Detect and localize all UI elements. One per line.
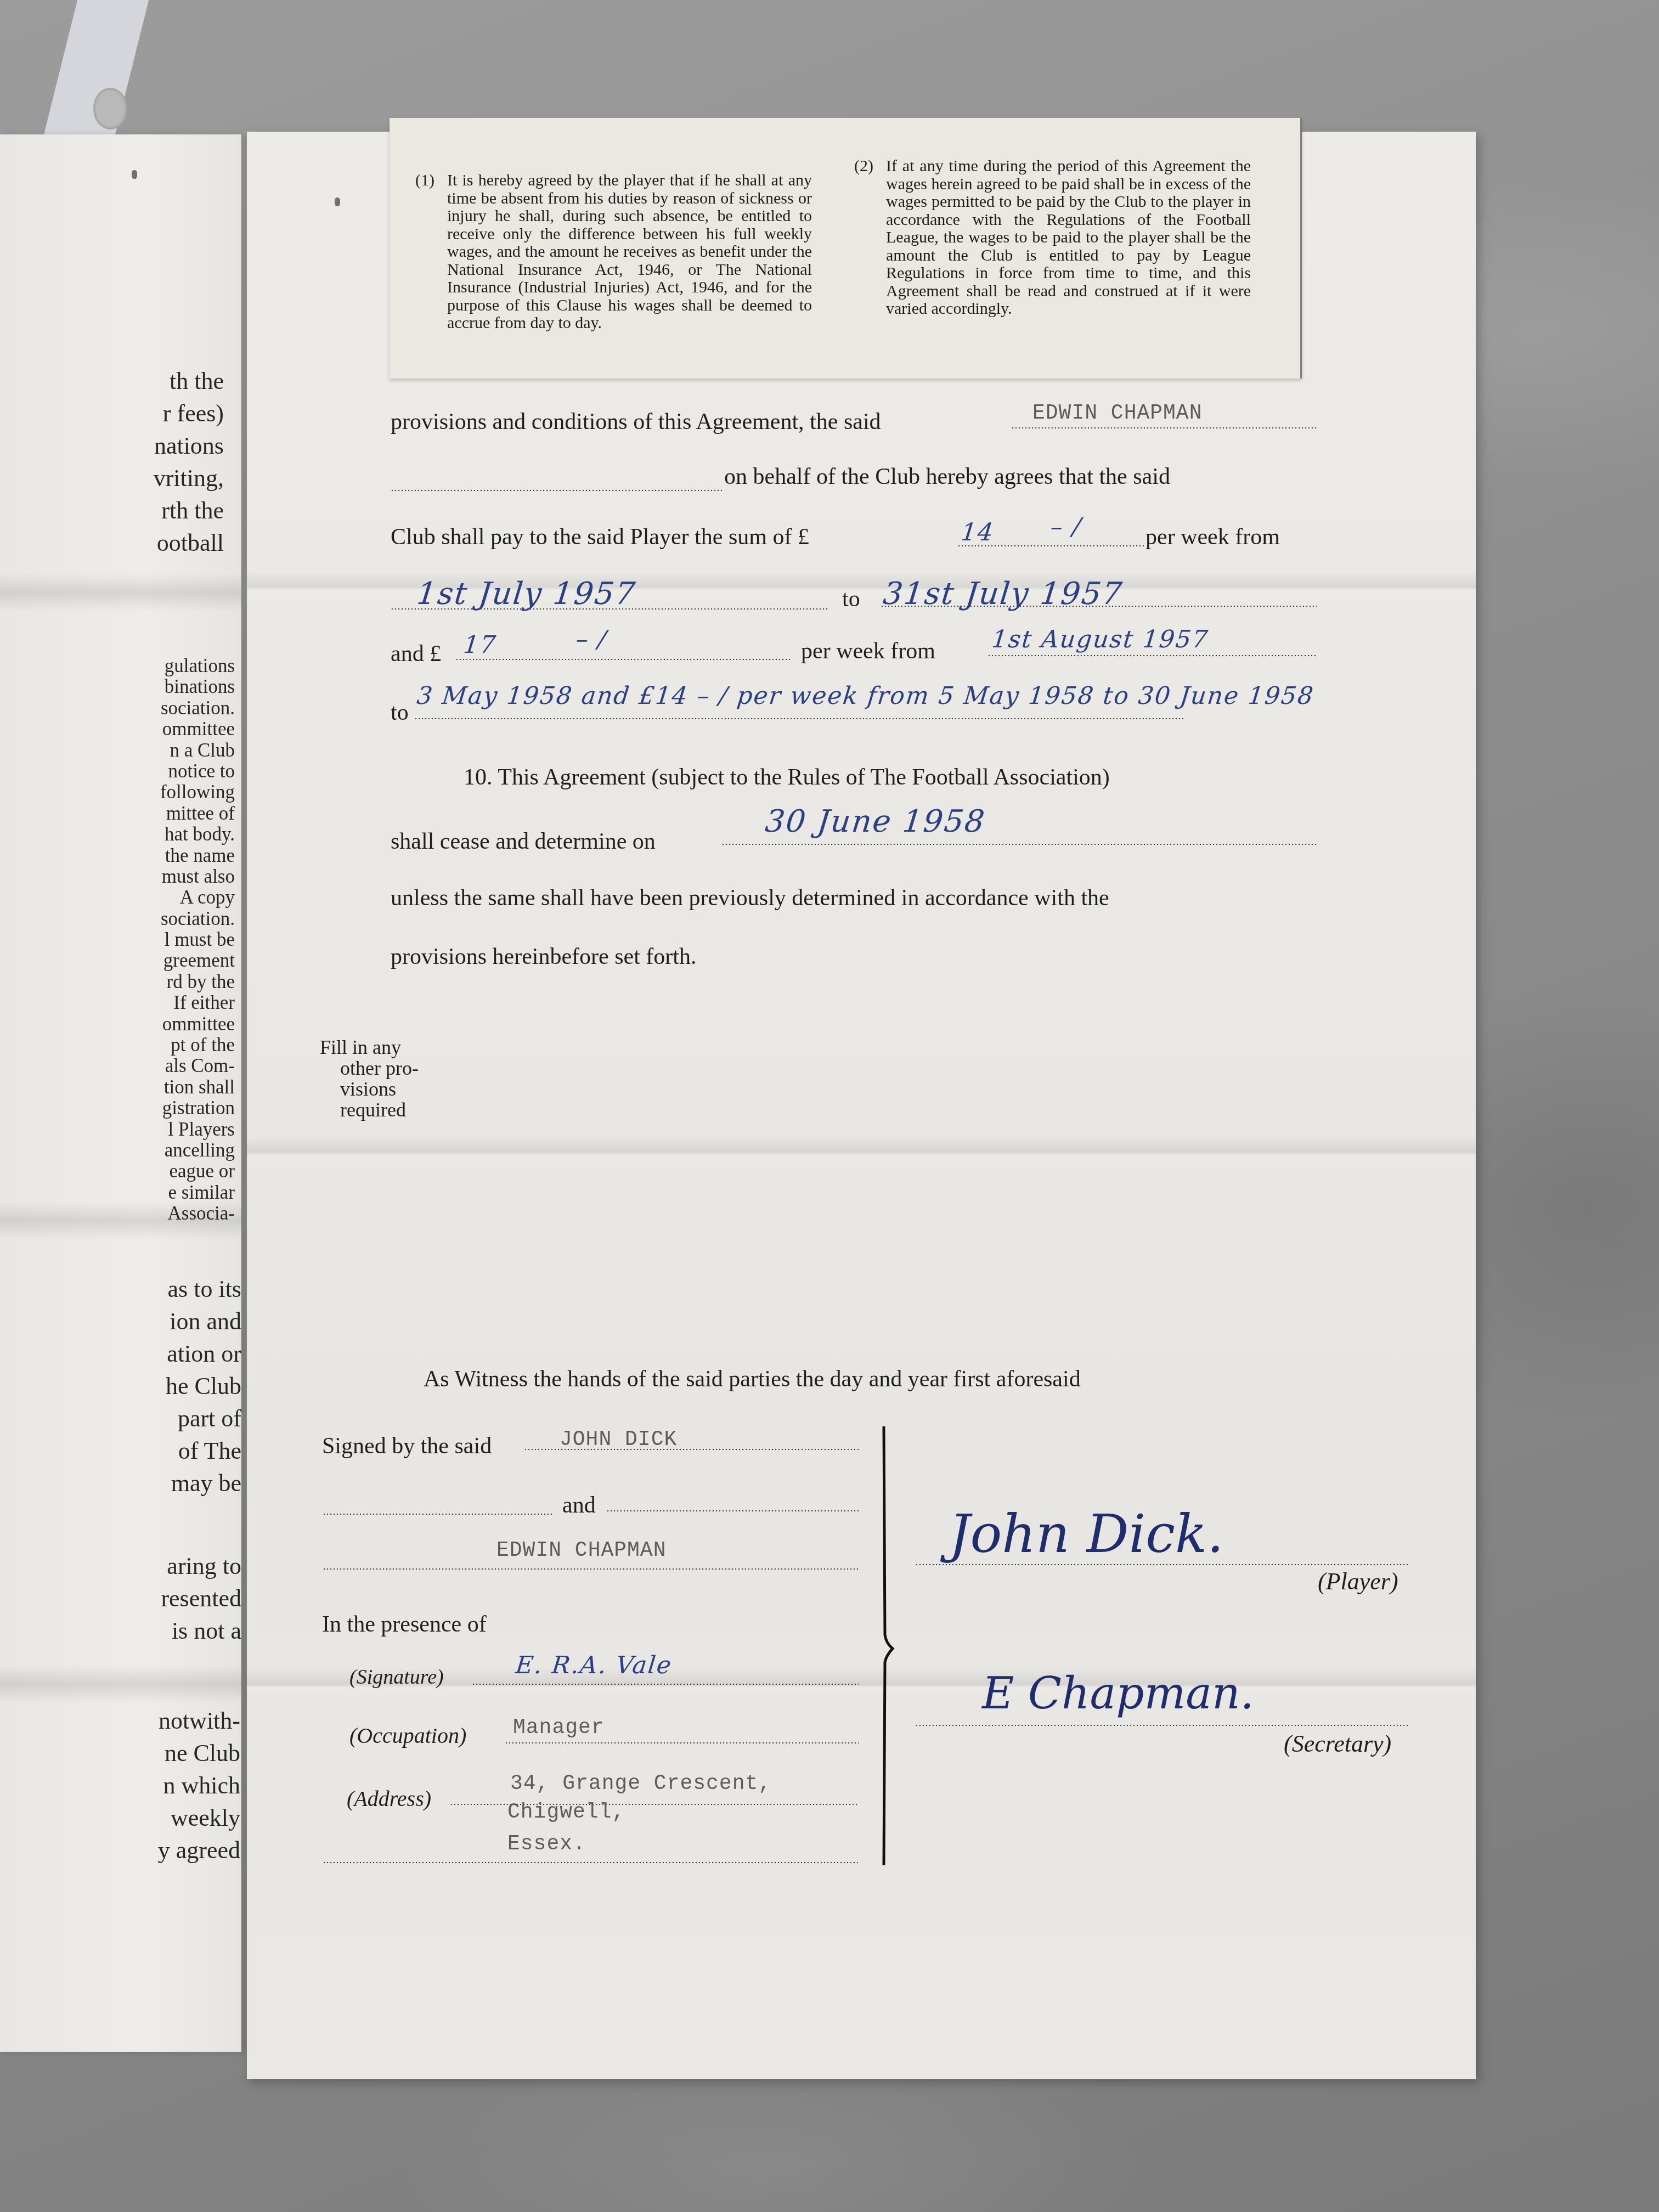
left-page-line: rd by the — [160, 972, 235, 992]
to-date-2-and-further-terms[interactable]: 3 May 1958 and £14 – / per week from 5 M… — [415, 682, 1316, 710]
left-page-line: e similar — [160, 1182, 235, 1203]
left-page-line: nations — [154, 430, 224, 462]
left-page-line: hat body. — [160, 824, 235, 845]
left-page-line: as to its — [166, 1273, 241, 1305]
left-page-line: greement — [160, 950, 235, 971]
margin-note-line-1: Fill in any — [320, 1036, 401, 1059]
left-page-line: vriting, — [154, 462, 224, 494]
punch-hole — [93, 88, 127, 129]
left-page-line: r fees) — [154, 397, 224, 430]
clause-10: 10. This Agreement (subject to the Rules… — [464, 764, 1110, 791]
address-line-1[interactable]: 34, Grange Crescent, — [510, 1772, 771, 1796]
left-page-line: notice to — [160, 761, 235, 782]
left-page-line: n which — [158, 1769, 240, 1802]
left-page-line: aring to — [161, 1550, 241, 1582]
player-label: (Player) — [1318, 1567, 1398, 1595]
left-page-line: ootball — [154, 527, 224, 559]
left-page-line: Associa- — [160, 1203, 235, 1224]
and-label: and — [562, 1492, 596, 1519]
wage-1-amount[interactable]: 14 — [960, 518, 995, 546]
to-label: to — [842, 586, 860, 612]
left-page-line: A copy — [160, 887, 235, 908]
clause-1-text: It is hereby agreed by the player that i… — [447, 172, 812, 332]
left-page-line: y agreed — [158, 1834, 240, 1866]
margin-note-line-3: visions — [340, 1077, 396, 1101]
left-adjacent-page: th ther fees)nationsvriting,rth theootba… — [0, 134, 241, 2052]
left-page-line: is not a — [161, 1615, 241, 1647]
agreement-line-5: and £ — [391, 641, 441, 667]
to-date-2-line — [414, 718, 1185, 720]
left-page-line: l Players — [160, 1119, 235, 1140]
per-week-from-label: per week from — [1145, 524, 1280, 550]
witness-signature[interactable]: E. R.A. Vale — [514, 1651, 673, 1679]
agreement-line-1: provisions and conditions of this Agreem… — [391, 409, 881, 435]
left-page-text-block-c: as to itsion andation orhe Clubpart ofof… — [166, 1273, 241, 1499]
agreement-line-2: on behalf of the Club hereby agrees that… — [724, 464, 1170, 490]
and-left-line — [323, 1513, 553, 1515]
margin-note-line-4: required — [340, 1098, 406, 1121]
and-right-line — [606, 1510, 859, 1512]
witness-heading: As Witness the hands of the said parties… — [424, 1366, 1081, 1392]
left-page-line: als Com- — [160, 1056, 235, 1076]
left-page-line: of The — [166, 1435, 241, 1467]
second-party-line — [323, 1568, 859, 1570]
left-page-line: binations — [160, 676, 235, 697]
left-page-text-block-b: gulationsbinationssociation.ommitteen a … — [160, 656, 235, 1224]
left-page-line: tion shall — [160, 1077, 235, 1098]
presence-label: In the presence of — [322, 1611, 487, 1638]
cease-date[interactable]: 30 June 1958 — [764, 804, 988, 839]
left-page-line: must also — [160, 866, 235, 887]
witness-signature-line — [472, 1683, 859, 1685]
address-line-2[interactable]: Chigwell, — [507, 1801, 625, 1824]
clause-2: (2) If at any time during the period of … — [886, 157, 1251, 318]
left-page-line: gulations — [160, 656, 235, 676]
left-page-line: part of — [166, 1402, 241, 1435]
left-page-line: ion and — [166, 1305, 241, 1338]
left-page-line: resented — [161, 1582, 241, 1615]
left-page-text-block-e: notwith-ne Clubn whichweeklyy agreed — [158, 1705, 240, 1866]
signed-by-label: Signed by the said — [322, 1433, 492, 1459]
occupation-label: (Occupation) — [349, 1723, 466, 1748]
per-week-from-label-2: per week from — [801, 638, 935, 664]
player-signature-line — [915, 1564, 1409, 1566]
left-page-line: ommittee — [160, 719, 235, 740]
signed-by-name[interactable]: JOHN DICK — [560, 1428, 677, 1452]
wage-1-shillings-pence: – / — [1049, 513, 1083, 541]
secretary-signature[interactable]: E Chapman. — [982, 1668, 1254, 1719]
address-bottom-line — [323, 1861, 859, 1864]
left-page-text-block-d: aring toresentedis not a — [161, 1550, 241, 1647]
left-page-line: mittee of — [160, 803, 235, 824]
secretary-label: (Secretary) — [1284, 1730, 1391, 1758]
to-date-1[interactable]: 31st July 1957 — [882, 576, 1125, 612]
left-page-line: ommittee — [160, 1014, 235, 1035]
clause-2-number: (2) — [854, 157, 873, 176]
secretary-signature-line — [915, 1724, 1409, 1726]
address-line-3[interactable]: Essex. — [507, 1832, 586, 1856]
left-page-line: gistration — [160, 1098, 235, 1119]
margin-note-line-2: other pro- — [340, 1057, 419, 1080]
unless-line: unless the same shall have been previous… — [391, 885, 1109, 911]
clause-2-text: If at any time during the period of this… — [886, 157, 1251, 318]
wage-2-field-line — [455, 658, 791, 661]
from-date-1[interactable]: 1st July 1957 — [415, 576, 638, 612]
from-date-2-line — [988, 654, 1317, 657]
second-party-name[interactable]: EDWIN CHAPMAN — [496, 1539, 666, 1562]
clause-1: (1) It is hereby agreed by the player th… — [447, 172, 812, 332]
occupation-line — [505, 1742, 859, 1744]
from-date-2[interactable]: 1st August 1957 — [990, 625, 1210, 653]
signature-brace — [881, 1426, 897, 1865]
cease-date-line — [721, 843, 1317, 845]
club-representative-field[interactable] — [391, 489, 723, 492]
left-page-line: l must be — [160, 929, 235, 950]
wage-2-amount[interactable]: 17 — [462, 631, 498, 659]
left-page-line: weekly — [158, 1802, 240, 1834]
left-page-line: he Club — [166, 1370, 241, 1402]
pasted-clause-slip: (1) It is hereby agreed by the player th… — [390, 118, 1302, 379]
left-page-line: notwith- — [158, 1705, 240, 1737]
agreement-line-6: to — [391, 699, 409, 726]
left-page-line: n a Club — [160, 740, 235, 761]
occupation-value[interactable]: Manager — [513, 1716, 605, 1740]
address-label: (Address) — [347, 1786, 431, 1812]
left-page-line: eague or — [160, 1161, 235, 1182]
left-page-line: sociation. — [160, 698, 235, 719]
agreement-line-3: Club shall pay to the said Player the su… — [391, 524, 809, 550]
player-name-field[interactable]: EDWIN CHAPMAN — [1032, 402, 1202, 425]
left-page-line: sociation. — [160, 909, 235, 929]
player-signature[interactable]: John Dick. — [949, 1503, 1224, 1565]
left-page-text-block-a: th ther fees)nationsvriting,rth theootba… — [154, 365, 224, 559]
left-page-line: ation or — [166, 1338, 241, 1370]
left-page-line: th the — [154, 365, 224, 397]
left-page-line: rth the — [154, 494, 224, 527]
left-page-line: may be — [166, 1467, 241, 1499]
cease-label: shall cease and determine on — [391, 828, 656, 855]
clause-1-number: (1) — [415, 172, 435, 190]
left-page-line: ancelling — [160, 1140, 235, 1161]
left-page-line: the name — [160, 845, 235, 866]
left-page-line: ne Club — [158, 1737, 240, 1769]
provisions-line: provisions hereinbefore set forth. — [391, 944, 697, 970]
player-name-field-line — [1011, 427, 1317, 429]
left-page-line: If either — [160, 992, 235, 1013]
signature-label: (Signature) — [349, 1665, 444, 1689]
left-page-line: following — [160, 782, 235, 803]
left-page-line: pt of the — [160, 1035, 235, 1056]
wage-2-shillings-pence: – / — [574, 625, 608, 653]
